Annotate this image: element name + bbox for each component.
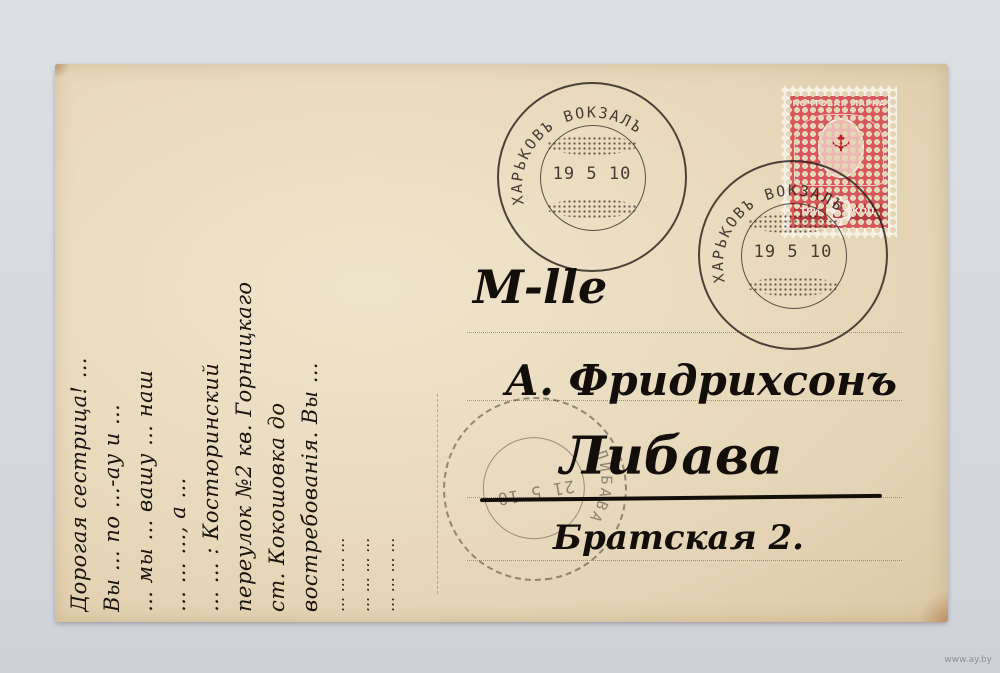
handwritten-message: Дорогая сестрица! … Вы … по …-ау и … … м… bbox=[63, 72, 441, 612]
message-line: переулок №2 кв. Горницкаго bbox=[228, 72, 261, 612]
double-headed-eagle-icon: ✥ bbox=[820, 132, 862, 157]
message-line: Вы … по …-ау и … bbox=[96, 72, 129, 612]
postmark-libau-arrival: ЛИБАВА 21 5 10 bbox=[428, 382, 641, 595]
postmark-kharkov-2: ХАРЬКОВЪ ВОКЗАЛЪ 19 5 10 bbox=[698, 160, 888, 350]
address-salutation: М-lle bbox=[473, 260, 607, 314]
message-line: ст. Кокошовка до bbox=[261, 72, 294, 612]
message-line: … … … … bbox=[327, 72, 352, 612]
message-line: востребованія. Вы … bbox=[294, 72, 327, 612]
message-line: Дорогая сестрица! … bbox=[63, 72, 96, 612]
address-recipient: А. Фридрихсонъ bbox=[505, 356, 897, 405]
message-line: … мы … вашу … наш bbox=[129, 72, 162, 612]
message-line: … … … … bbox=[377, 72, 402, 612]
message-line: … … … … bbox=[352, 72, 377, 612]
message-line: … … : Костюринский bbox=[195, 72, 228, 612]
postcard: Дорогая сестрица! … Вы … по …-ау и … … м… bbox=[55, 64, 948, 622]
address-street: Братская 2. bbox=[553, 518, 804, 558]
postmark-kharkov-1: ХАРЬКОВЪ ВОКЗАЛЪ 19 5 10 bbox=[497, 82, 687, 272]
stamp-title: ПОЧТОВАЯ МАРКА bbox=[790, 99, 888, 108]
address-city: Либава bbox=[560, 426, 783, 487]
watermark: www.ay.by bbox=[944, 655, 992, 665]
postmark-date: 19 5 10 bbox=[700, 242, 886, 262]
message-line: … … …, а … bbox=[162, 72, 195, 612]
postmark-date: 19 5 10 bbox=[499, 164, 685, 184]
